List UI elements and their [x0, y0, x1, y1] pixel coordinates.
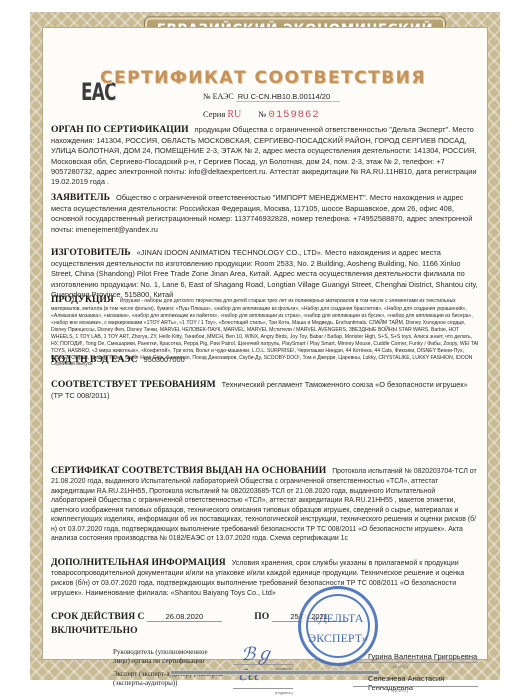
valid-from-label: СРОК ДЕЙСТВИЯ С [51, 611, 144, 622]
valid-from-date: 26.08.2020 [147, 612, 222, 622]
section-manufacturer: ИЗГОТОВИТЕЛЬ«JINAN IDOON ANIMATION TECHN… [51, 246, 479, 300]
section-conforms: СООТВЕТСТВУЕТ ТРЕБОВАНИЯМТехнический рег… [51, 378, 479, 401]
stamp-text-2: ЭКСПЕРТ» [301, 631, 375, 646]
expert-signature-caption: (подпись) [275, 690, 293, 695]
number-value: 0159862 [269, 109, 320, 121]
section-heading: СЕРТИФИКАТ СООТВЕТСТВИЯ ВЫДАН НА ОСНОВАН… [51, 465, 326, 476]
section-text: Игрушки - наборы для детского творчества… [51, 298, 478, 361]
section-hs-code: КОД ТН ВЭД ЕАЭС9503007000 [51, 353, 479, 366]
section-heading: ИЗГОТОВИТЕЛЬ [51, 247, 131, 258]
section-heading: ПРОДУКЦИЯ [51, 294, 114, 305]
head-signature-icon: ℬℊ [241, 640, 273, 666]
valid-to-label: ПО [254, 611, 269, 622]
series-value: RU [227, 109, 241, 120]
head-name-line [353, 662, 478, 663]
certificate-border: ЕВРАЗИЙСКИЙ ЭКОНОМИЧЕСКИЙ СОЮЗ EAC СЕРТИ… [30, 12, 500, 680]
document-title: СЕРТИФИКАТ СООТВЕТСТВИЯ [98, 68, 428, 88]
expert-name-line [353, 686, 478, 687]
registration-number: № ЕАЭС RU C-CN.НВ10.В.00114/20 [203, 92, 340, 101]
reg-value: RU C-CN.НВ10.В.00114/20 [236, 92, 340, 102]
series-label: Серия [203, 109, 225, 119]
head-signer-name: Гурина Валентина Григорьевна [368, 652, 477, 661]
head-signer-label: Руководитель (уполномоченное лицо) орган… [113, 648, 223, 666]
expert-signature-icon: ℰℓℓ [238, 666, 260, 685]
expert-name: Селезнева Анастасия Геннадьевна [368, 674, 487, 692]
expert-signature-line [233, 688, 293, 689]
section-text: Протокола испытаний № 0820203704-ТСЛ от … [51, 468, 477, 542]
stamp-text-1: «ДЕЛЬТА [301, 611, 375, 626]
head-name-caption: (Ф.И.О.) [393, 664, 408, 669]
validity-inclusive: ВКЛЮЧИТЕЛЬНО [51, 625, 138, 636]
reg-label: № ЕАЭС [203, 92, 234, 101]
hs-code-value: 9503007000 [144, 355, 185, 364]
section-heading: СООТВЕТСТВУЕТ ТРЕБОВАНИЯМ [51, 379, 216, 390]
section-certification-body: ОРГАН ПО СЕРТИФИКАЦИИпродукции Общества … [51, 123, 479, 187]
section-text: Общество с ограниченной ответственностью… [51, 193, 472, 234]
section-basis: СЕРТИФИКАТ СООТВЕТСТВИЯ ВЫДАН НА ОСНОВАН… [51, 464, 479, 544]
section-heading: КОД ТН ВЭД ЕАЭС [51, 354, 138, 365]
certificate-body: EAC СЕРТИФИКАТ СООТВЕТСТВИЯ № ЕАЭС RU C-… [42, 27, 488, 660]
expert-name-caption: (Ф.И.О.) [393, 688, 408, 693]
section-heading: ЗАЯВИТЕЛЬ [51, 192, 110, 203]
series-line: Серия RU № 0159862 [203, 109, 320, 121]
section-heading: ОРГАН ПО СЕРТИФИКАЦИИ [51, 124, 189, 135]
security-strip [170, 670, 380, 675]
section-additional-info: ДОПОЛНИТЕЛЬНАЯ ИНФОРМАЦИЯУсловия хранени… [51, 556, 479, 599]
section-applicant: ЗАЯВИТЕЛЬОбщество с ограниченной ответст… [51, 191, 479, 235]
number-label: № [258, 109, 266, 119]
section-heading: ДОПОЛНИТЕЛЬНАЯ ИНФОРМАЦИЯ [51, 557, 226, 568]
seal-stamp-icon: «ДЕЛЬТА ЭКСПЕРТ» [298, 586, 378, 666]
